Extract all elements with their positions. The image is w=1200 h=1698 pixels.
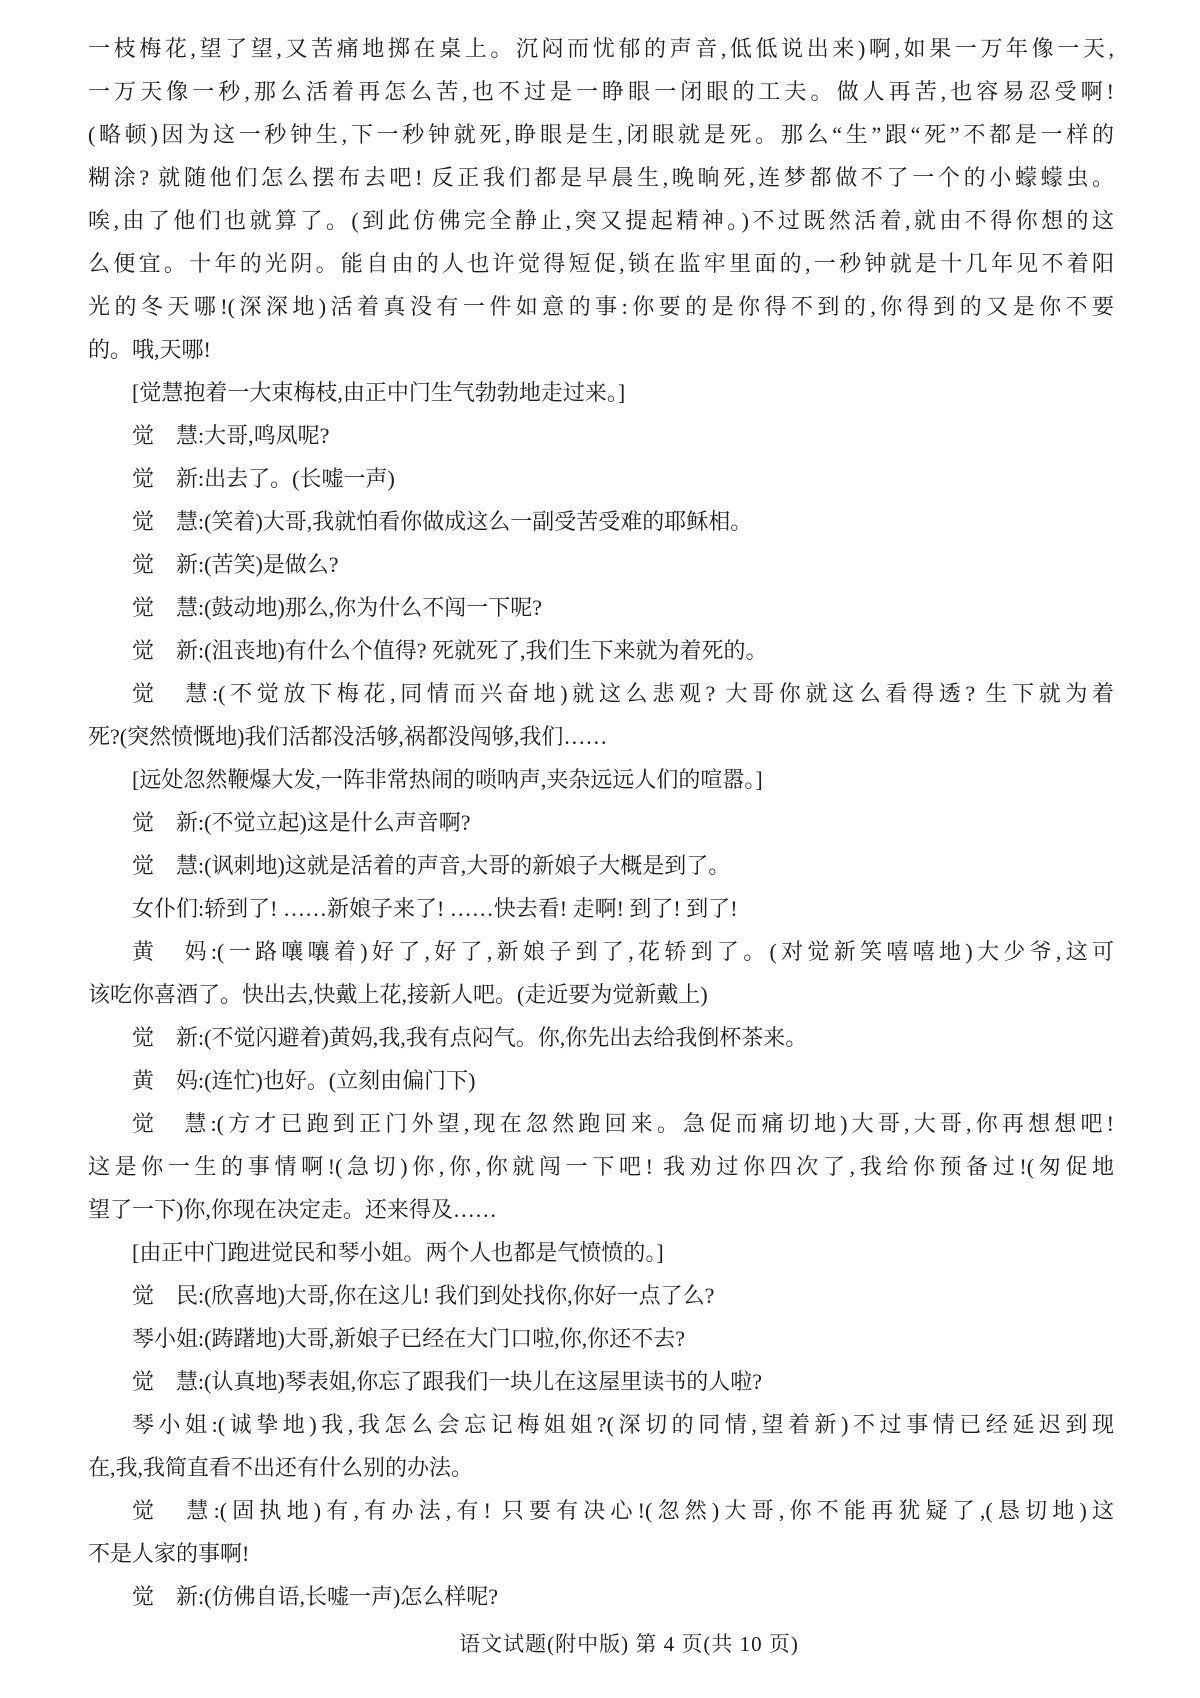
dialogue-line: 觉 慧:大哥,鸣凤呢? [88,414,1114,457]
dialogue-line: 黄 妈:(一路嚷嚷着)好了,好了,新娘子到了,花轿到了。(对觉新笑嘻嘻地)大少爷… [88,930,1114,973]
dialogue-line: 不是人家的事啊! [88,1532,1114,1575]
dialogue-line: 觉 慧:(方才已跑到正门外望,现在忽然跑回来。急促而痛切地)大哥,大哥,你再想想… [88,1102,1114,1145]
dialogue-line: 这是你一生的事情啊!(急切)你,你,你就闯一下吧! 我劝过你四次了,我给你预备过… [88,1145,1114,1188]
dialogue-line: 琴小姐:(诚挚地)我,我怎么会忘记梅姐姐?(深切的同情,望着新)不过事情已经延迟… [88,1403,1114,1446]
dialogue-line: 女仆们:轿到了! ……新娘子来了! ……快去看! 走啊! 到了! 到了! [88,887,1114,930]
page-footer: 语文试题(附中版) 第 4 页(共 10 页) [0,1628,1200,1658]
dialogue-line: 黄 妈:(连忙)也好。(立刻由偏门下) [88,1059,1114,1102]
body-text-line: 一万天像一秒,那么活着再怎么苦,也不过是一睁眼一闭眼的工夫。做人再苦,也容易忍受… [88,70,1114,113]
dialogue-line: 在,我,我简直看不出还有什么别的办法。 [88,1446,1114,1489]
dialogue-line: 觉 慧:(认真地)琴表姐,你忘了跟我们一块儿在这屋里读书的人啦? [88,1360,1114,1403]
body-text-line: 唉,由了他们也就算了。(到此仿佛完全静止,突又提起精神。)不过既然活着,就由不得… [88,199,1114,242]
body-text-line: 么便宜。十年的光阴。能自由的人也许觉得短促,锁在监牢里面的,一秒钟就是十几年见不… [88,242,1114,285]
footer-text: 语文试题(附中版) 第 4 页(共 10 页) [459,1632,799,1656]
dialogue-line: 死?(突然愤慨地)我们活都没活够,祸都没闯够,我们…… [88,715,1114,758]
play-script-text: 一枝梅花,望了望,又苦痛地掷在桌上。沉闷而忧郁的声音,低低说出来)啊,如果一万年… [88,27,1114,1618]
dialogue-line: 觉 民:(欣喜地)大哥,你在这儿! 我们到处找你,你好一点了么? [88,1274,1114,1317]
exam-page: 一枝梅花,望了望,又苦痛地掷在桌上。沉闷而忧郁的声音,低低说出来)啊,如果一万年… [0,0,1200,1698]
dialogue-line: 觉 新:出去了。(长嘘一声) [88,457,1114,500]
dialogue-line: 觉 慧:(笑着)大哥,我就怕看你做成这么一副受苦受难的耶稣相。 [88,500,1114,543]
body-text-line: 一枝梅花,望了望,又苦痛地掷在桌上。沉闷而忧郁的声音,低低说出来)啊,如果一万年… [88,27,1114,70]
body-text-line: 糊涂? 就随他们怎么摆布去吧! 反正我们都是早晨生,晚晌死,连梦都做不了一个的小… [88,156,1114,199]
body-text-line: (略顿)因为这一秒钟生,下一秒钟就死,睁眼是生,闭眼就是死。那么“生”跟“死”不… [88,113,1114,156]
dialogue-line: 觉 新:(不觉立起)这是什么声音啊? [88,801,1114,844]
dialogue-line: 琴小姐:(踌躇地)大哥,新娘子已经在大门口啦,你,你还不去? [88,1317,1114,1360]
body-text-line: 的。哦,天哪! [88,328,1114,371]
dialogue-line: 觉 慧:(固执地)有,有办法,有! 只要有决心!(忽然)大哥,你不能再犹疑了,(… [88,1489,1114,1532]
dialogue-line: 觉 新:(仿佛自语,长嘘一声)怎么样呢? [88,1575,1114,1618]
dialogue-line: 觉 慧:(不觉放下梅花,同情而兴奋地)就这么悲观? 大哥你就这么看得透? 生下就… [88,672,1114,715]
stage-direction-line: [觉慧抱着一大束梅枝,由正中门生气勃勃地走过来。] [88,371,1114,414]
dialogue-line: 觉 新:(沮丧地)有什么个值得? 死就死了,我们生下来就为着死的。 [88,629,1114,672]
body-text-line: 光的冬天哪!(深深地)活着真没有一件如意的事:你要的是你得不到的,你得到的又是你… [88,285,1114,328]
dialogue-line: 该吃你喜酒了。快出去,快戴上花,接新人吧。(走近要为觉新戴上) [88,973,1114,1016]
dialogue-line: 觉 慧:(讽刺地)这就是活着的声音,大哥的新娘子大概是到了。 [88,844,1114,887]
stage-direction-line: [远处忽然鞭爆大发,一阵非常热闹的唢呐声,夹杂远远人们的喧嚣。] [88,758,1114,801]
dialogue-line: 觉 慧:(鼓动地)那么,你为什么不闯一下呢? [88,586,1114,629]
stage-direction-line: [由正中门跑进觉民和琴小姐。两个人也都是气愤愤的。] [88,1231,1114,1274]
dialogue-line: 望了一下)你,你现在决定走。还来得及…… [88,1188,1114,1231]
dialogue-line: 觉 新:(不觉闪避着)黄妈,我,我有点闷气。你,你先出去给我倒杯茶来。 [88,1016,1114,1059]
dialogue-line: 觉 新:(苦笑)是做么? [88,543,1114,586]
